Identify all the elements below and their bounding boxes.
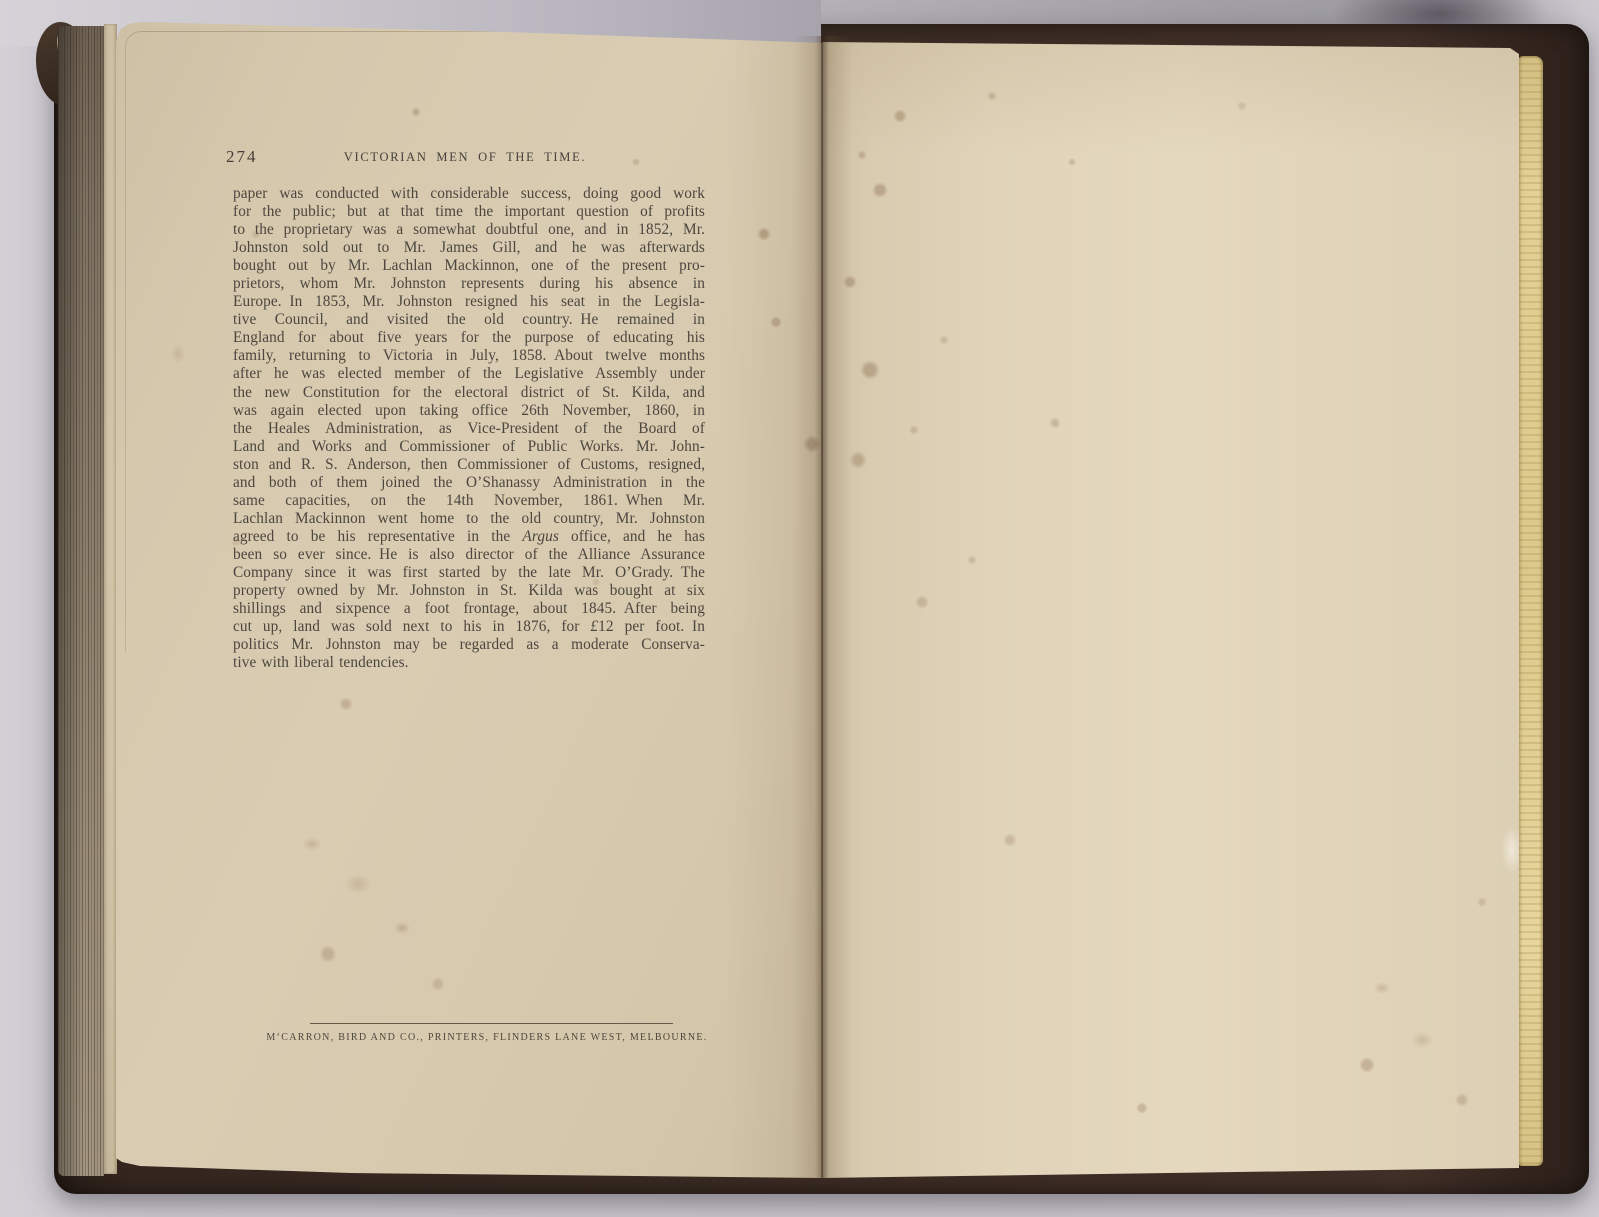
body-line: politics Mr. Johnston may be regarded as…: [233, 636, 705, 654]
body-line: to the proprietary was a somewhat doubtf…: [233, 221, 705, 239]
body-line: ston and R. S. Anderson, then Commission…: [233, 456, 705, 474]
left-page-text: 274 VICTORIAN MEN OF THE TIME. paper was…: [116, 22, 824, 1178]
left-page-edges: [58, 26, 104, 1176]
page-number: 274: [226, 147, 258, 167]
body-line: Land and Works and Commissioner of Publi…: [233, 438, 705, 456]
body-line: Lachlan Mackinnon went home to the old c…: [233, 510, 705, 528]
body-line: paper was conducted with considerable su…: [233, 185, 705, 203]
body-line: was again elected upon taking office 26t…: [233, 402, 705, 420]
body-line: the new Constitution for the electoral d…: [233, 384, 705, 402]
body-line: England for about five years for the pur…: [233, 329, 705, 347]
body-line: after he was elected member of the Legis…: [233, 365, 705, 383]
body-line: property owned by Mr. Johnston in St. Ki…: [233, 582, 705, 600]
body-line: agreed to be his representative in the A…: [233, 528, 705, 546]
body-line: for the public; but at that time the imp…: [233, 203, 705, 221]
body-line: Company since it was first started by th…: [233, 564, 705, 582]
body-line: Johnston sold out to Mr. James Gill, and…: [233, 239, 705, 257]
printer-imprint: M‘CARRON, BIRD AND CO., PRINTERS, FLINDE…: [247, 1032, 727, 1043]
body-line: shillings and sixpence a foot frontage, …: [233, 600, 705, 618]
body-line: bought out by Mr. Lachlan Mackinnon, one…: [233, 257, 705, 275]
body-line: prietors, whom Mr. Johnston represents d…: [233, 275, 705, 293]
right-page-blank: [822, 40, 1519, 1178]
body-line: tive with liberal tendencies.: [233, 654, 705, 672]
body-line: Europe. In 1853, Mr. Johnston resigned h…: [233, 293, 705, 311]
body-line: cut up, land was sold next to his in 187…: [233, 618, 705, 636]
photo-of-open-book: 274 VICTORIAN MEN OF THE TIME. paper was…: [0, 0, 1599, 1217]
body-line: tive Council, and visited the old countr…: [233, 311, 705, 329]
body-line: and both of them joined the O’Shanassy A…: [233, 474, 705, 492]
body-line: same capacities, on the 14th November, 1…: [233, 492, 705, 510]
body-text: paper was conducted with considerable su…: [233, 185, 705, 672]
body-line: been so ever since. He is also director …: [233, 546, 705, 564]
imprint-rule: [310, 1023, 673, 1024]
body-line: family, returning to Victoria in July, 1…: [233, 347, 705, 365]
running-header: VICTORIAN MEN OF THE TIME.: [315, 150, 615, 165]
right-fore-edge: [1518, 56, 1543, 1166]
body-line: the Heales Administration, as Vice-Presi…: [233, 420, 705, 438]
